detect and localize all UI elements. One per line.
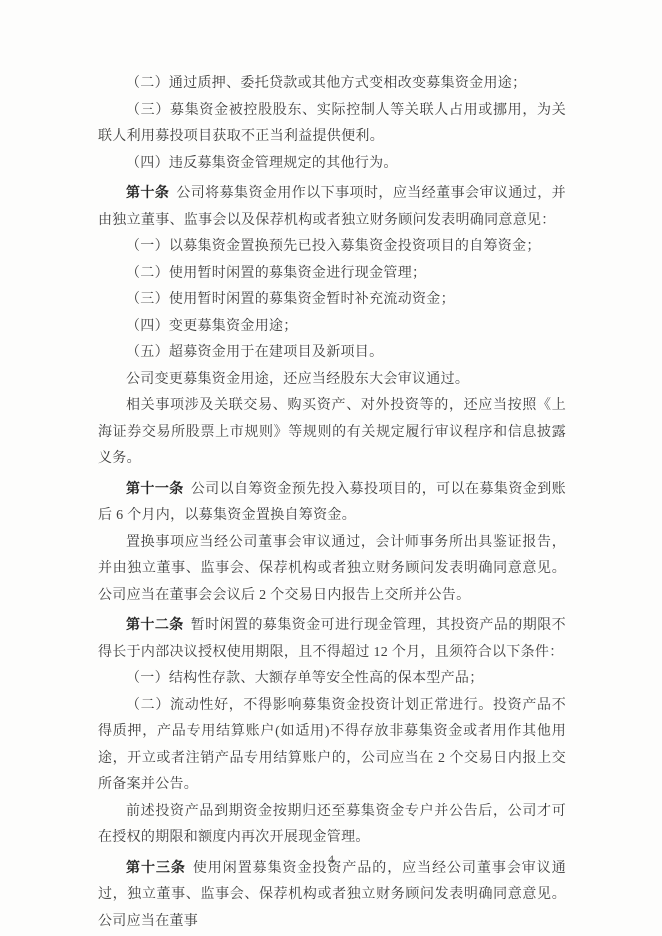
text-run: 相关事项涉及关联交易、购买资产、对外投资等的，还应当按照《上海证券交易所股票上市…: [98, 398, 566, 466]
paragraph: 相关事项涉及关联交易、购买资产、对外投资等的，还应当按照《上海证券交易所股票上市…: [98, 393, 566, 473]
paragraph: 公司变更募集资金用途，还应当经股东大会审议通过。: [98, 367, 566, 394]
text-run: （四）违反募集资金管理规定的其他行为。: [126, 156, 398, 171]
paragraph: （一）以募集资金置换预先已投入募集资金投资项目的自筹资金；: [98, 234, 566, 261]
document-page: （二）通过质押、委托贷款或其他方式变相改变募集资金用途；（三）募集资金被控股股东…: [0, 0, 662, 936]
paragraph: （三）募集资金被控股股东、实际控制人等关联人占用或挪用，为关联人利用募投项目获取…: [98, 98, 566, 151]
text-run: （二）使用暂时闲置的募集资金进行现金管理；: [126, 266, 426, 281]
text-run: （一）结构性存款、大额存单等安全性高的保本型产品；: [126, 671, 484, 686]
article-number: 第十二条: [126, 618, 184, 633]
paragraph: （二）流动性好，不得影响募集资金投资计划正常进行。投资产品不得质押，产品专用结算…: [98, 693, 566, 799]
text-run: 前述投资产品到期资金按期归还至募集资金专户并公告后，公司才可在授权的期限和额度内…: [98, 804, 566, 846]
page-number: 4: [0, 852, 662, 867]
text-run: 置换事项应当经公司董事会审议通过，会计师事务所出具鉴证报告，并由独立董事、监事会…: [98, 535, 566, 603]
article-paragraph: 第十二条暂时闲置的募集资金可进行现金管理，其投资产品的期限不得长于内部决议授权使…: [98, 613, 566, 666]
text-run: （二）流动性好，不得影响募集资金投资计划正常进行。投资产品不得质押，产品专用结算…: [98, 698, 566, 793]
text-run: （五）超募资金用于在建项目及新项目。: [126, 345, 383, 360]
paragraph: （一）结构性存款、大额存单等安全性高的保本型产品；: [98, 666, 566, 693]
text-run: （一）以募集资金置换预先已投入募集资金投资项目的自筹资金；: [126, 239, 541, 254]
paragraph: （二）使用暂时闲置的募集资金进行现金管理；: [98, 261, 566, 288]
paragraph: （三）使用暂时闲置的募集资金暂时补充流动资金；: [98, 287, 566, 314]
paragraph: 前述投资产品到期资金按期归还至募集资金专户并公告后，公司才可在授权的期限和额度内…: [98, 799, 566, 852]
article-number: 第十一条: [126, 482, 184, 497]
article-number: 第十条: [126, 186, 169, 201]
text-run: （二）通过质押、委托贷款或其他方式变相改变募集资金用途；: [126, 76, 526, 91]
text-run: 公司变更募集资金用途，还应当经股东大会审议通过。: [126, 372, 469, 387]
article-paragraph: 第十条公司将募集资金用作以下事项时，应当经董事会审议通过，并由独立董事、监事会以…: [98, 181, 566, 234]
text-run: （三）使用暂时闲置的募集资金暂时补充流动资金；: [126, 292, 455, 307]
article-paragraph: 第十一条公司以自筹资金预先投入募投项目的，可以在募集资金到账后 6 个月内，以募…: [98, 477, 566, 530]
paragraph: （二）通过质押、委托贷款或其他方式变相改变募集资金用途；: [98, 71, 566, 98]
paragraph: （四）违反募集资金管理规定的其他行为。: [98, 151, 566, 178]
text-run: （四）变更募集资金用途；: [126, 319, 298, 334]
paragraph: （四）变更募集资金用途；: [98, 314, 566, 341]
text-run: （三）募集资金被控股股东、实际控制人等关联人占用或挪用，为关联人利用募投项目获取…: [98, 103, 566, 145]
document-body: （二）通过质押、委托贷款或其他方式变相改变募集资金用途；（三）募集资金被控股股东…: [98, 71, 566, 935]
paragraph: （五）超募资金用于在建项目及新项目。: [98, 340, 566, 367]
paragraph: 置换事项应当经公司董事会审议通过，会计师事务所出具鉴证报告，并由独立董事、监事会…: [98, 530, 566, 610]
article-paragraph: 第十三条使用闲置募集资金投资产品的，应当经公司董事会审议通过，独立董事、监事会、…: [98, 856, 566, 936]
